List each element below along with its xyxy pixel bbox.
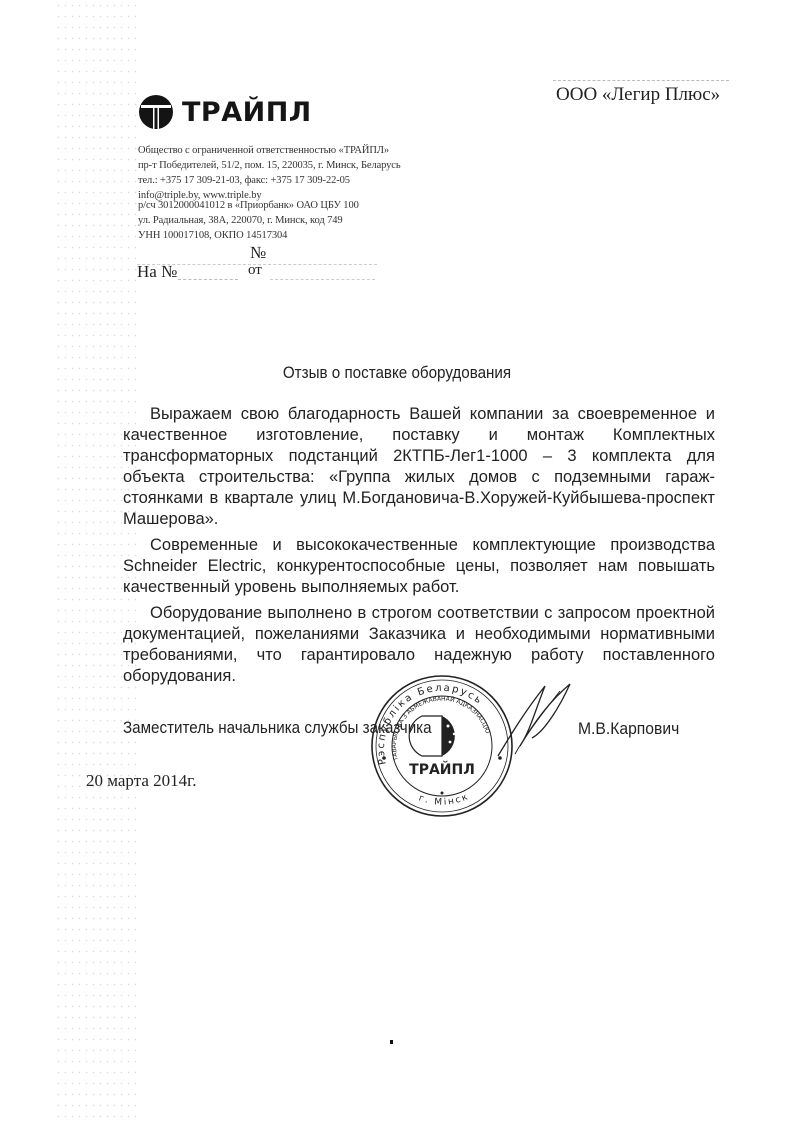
document-date: 20 марта 2014г. (86, 771, 196, 791)
logo-text: ТРАЙПЛ (182, 97, 312, 128)
requisites-line: р/сч 3012000041012 в «Приорбанк» ОАО ЦБУ… (138, 198, 359, 213)
stamp-bottom-text: г. Мінск (417, 792, 471, 808)
company-logo: ТРАЙПЛ (138, 92, 312, 132)
letter-body: Выражаем свою благодарность Вашей компан… (123, 404, 715, 692)
document-title: Отзыв о поставке оборудования (32, 364, 762, 383)
handwritten-signature-icon (490, 676, 580, 766)
recipient-underline (553, 80, 729, 81)
requisites-line: ул. Радиальная, 38А, 220070, г. Минск, к… (138, 213, 359, 228)
reply-date-line (270, 279, 375, 280)
signatory-name: М.В.Карпович (578, 720, 679, 739)
body-paragraph: Выражаем свою благодарность Вашей компан… (123, 404, 715, 530)
svg-text:г. Мінск: г. Мінск (417, 792, 471, 808)
requisites-line: пр-т Победителей, 51/2, пом. 15, 220035,… (138, 158, 401, 173)
bank-requisites: р/сч 3012000041012 в «Приорбанк» ОАО ЦБУ… (138, 198, 359, 243)
requisites-line: Общество с ограниченной ответственностью… (138, 143, 401, 158)
body-paragraph: Современные и высококачественные комплек… (123, 535, 715, 598)
reply-to-number-line (178, 279, 238, 280)
company-requisites: Общество с ограниченной ответственностью… (138, 143, 401, 203)
reply-to-number-label: На № (137, 262, 177, 282)
requisites-line: УНН 100017108, ОКПО 14517304 (138, 228, 359, 243)
logo-icon (138, 94, 174, 130)
recipient: ООО «Легир Плюс» (556, 84, 720, 106)
scan-artifact (390, 1040, 393, 1044)
stamp-center-text: ТРАЙПЛ (409, 761, 475, 778)
requisites-line: тел.: +375 17 309-21-03, факс: +375 17 3… (138, 173, 401, 188)
outgoing-number-label: № (250, 243, 266, 263)
reply-date-label: от (248, 262, 262, 279)
